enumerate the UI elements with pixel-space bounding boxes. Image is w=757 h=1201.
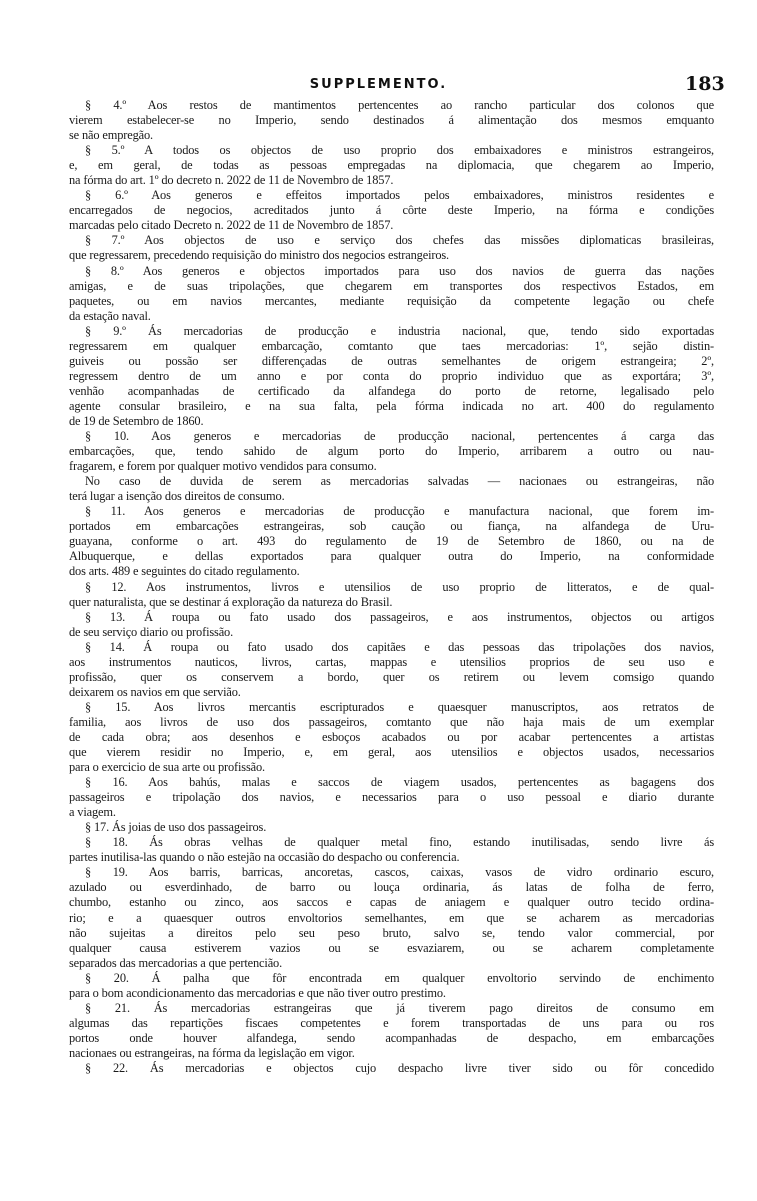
paragraph-start-line: § 9.º Ás mercadorias de producção e indu… xyxy=(69,324,714,339)
paragraph-start-line: § 19. Aos barris, barricas, ancoretas, c… xyxy=(69,865,714,880)
text-line: guiveis ou possão ser differençadas de o… xyxy=(69,354,714,369)
text-line: da estação naval. xyxy=(69,309,714,324)
document-page: SUPPLEMENTO. 183 § 4.º Aos restos de man… xyxy=(0,0,757,1201)
text-line: algumas das repartições fiscaes competen… xyxy=(69,1016,714,1031)
text-line: regressem dentro de um anno e por conta … xyxy=(69,369,714,384)
text-line: se não empregão. xyxy=(69,128,714,143)
running-title: SUPPLEMENTO. xyxy=(0,77,757,92)
text-line: e, em geral, de todas as pessoas emprega… xyxy=(69,158,714,173)
text-line: fragarem, e forem por qualquer motivo ve… xyxy=(69,459,714,474)
paragraph-start-line: § 12. Aos instrumentos, livros e utensil… xyxy=(69,580,714,595)
paragraph-start-line: § 11. Aos generos e mercadorias de produ… xyxy=(69,504,714,519)
text-line: paquetes, ou em navios mercantes, median… xyxy=(69,294,714,309)
text-line: partes inutilisa-las quando o não estejã… xyxy=(69,850,714,865)
text-line: portados em embarcações estrangeiras, so… xyxy=(69,519,714,534)
paragraph-start-line: No caso de duvida de serem as mercadoria… xyxy=(69,474,714,489)
text-line: Albuquerque, e dellas exportados para qu… xyxy=(69,549,714,564)
text-line: que vierem residir no Imperio, e, em ger… xyxy=(69,745,714,760)
text-line: nacionaes ou estrangeiras, na fórma da l… xyxy=(69,1046,714,1061)
text-line: azulado ou esverdinhado, de barro ou lou… xyxy=(69,880,714,895)
text-line: não sujeitas a direitos pelo seu peso br… xyxy=(69,926,714,941)
paragraph-start-line: § 15. Aos livros mercantis escripturados… xyxy=(69,700,714,715)
paragraph-start-line: § 4.º Aos restos de mantimentos pertence… xyxy=(69,98,714,113)
text-line: de seu serviço diario ou profissão. xyxy=(69,625,714,640)
paragraph-start-line: § 17. Ás joias de uso dos passageiros. xyxy=(69,820,714,835)
paragraph-start-line: § 6.º Aos generos e effeitos importados … xyxy=(69,188,714,203)
paragraph-start-line: § 22. Ás mercadorias e objectos cujo des… xyxy=(69,1061,714,1076)
text-line: rio; e a quaesquer outros envoltorios se… xyxy=(69,911,714,926)
text-line: separados das mercadorias a que pertenci… xyxy=(69,956,714,971)
text-line: amigas, e de suas tripolações, que chega… xyxy=(69,279,714,294)
paragraph-start-line: § 16. Aos bahús, malas e saccos de viage… xyxy=(69,775,714,790)
text-line: profissão, quer os conservem a bordo, qu… xyxy=(69,670,714,685)
text-line: de 19 de Setembro de 1860. xyxy=(69,414,714,429)
paragraph-start-line: § 21. Ás mercadorias estrangeiras que já… xyxy=(69,1001,714,1016)
text-line: na fórma do art. 1º do decreto n. 2022 d… xyxy=(69,173,714,188)
text-line: marcadas pelo citado Decreto n. 2022 de … xyxy=(69,218,714,233)
paragraph-start-line: § 7.º Aos objectos de uso e serviço dos … xyxy=(69,233,714,248)
text-line: regressarem em qualquer embarcação, comt… xyxy=(69,339,714,354)
text-line: encarregados de negocios, acreditados ju… xyxy=(69,203,714,218)
text-line: agente consular brasileiro, e na sua fal… xyxy=(69,399,714,414)
text-line: quer naturalista, que se destinar á expl… xyxy=(69,595,714,610)
text-line: a viagem. xyxy=(69,805,714,820)
paragraph-start-line: § 20. Á palha que fôr encontrada em qual… xyxy=(69,971,714,986)
text-line: aos instrumentos nauticos, livros, carta… xyxy=(69,655,714,670)
text-line: para o exercicio de sua arte ou profissã… xyxy=(69,760,714,775)
text-line: para o bom acondicionamento das mercador… xyxy=(69,986,714,1001)
text-line: familia, aos livros de uso dos passageir… xyxy=(69,715,714,730)
text-line: qualquer causa estiverem vazios ou se es… xyxy=(69,941,714,956)
text-line: que regressarem, precedendo requisição d… xyxy=(69,248,714,263)
paragraph-start-line: § 8.º Aos generos e objectos importados … xyxy=(69,264,714,279)
paragraph-start-line: § 5.º A todos os objectos de uso proprio… xyxy=(69,143,714,158)
text-line: guayana, conforme o art. 493 do regulame… xyxy=(69,534,714,549)
paragraph-start-line: § 10. Aos generos e mercadorias de produ… xyxy=(69,429,714,444)
paragraph-start-line: § 14. Á roupa ou fato usado dos capitães… xyxy=(69,640,714,655)
body-text: § 4.º Aos restos de mantimentos pertence… xyxy=(69,98,714,1076)
page-number: 183 xyxy=(685,73,725,95)
text-line: dos arts. 489 e seguintes do citado regu… xyxy=(69,564,714,579)
text-line: embarcações, que, tendo sahido de algum … xyxy=(69,444,714,459)
text-line: venhão acompanhadas de certificado da al… xyxy=(69,384,714,399)
text-line: portos onde houver alfandega, sendo acom… xyxy=(69,1031,714,1046)
paragraph-start-line: § 13. Á roupa ou fato usado dos passagei… xyxy=(69,610,714,625)
text-line: terá lugar a isenção dos direitos de con… xyxy=(69,489,714,504)
text-line: vierem estabelecer-se no Imperio, sendo … xyxy=(69,113,714,128)
text-line: de cada obra; aos desenhos e esboços aca… xyxy=(69,730,714,745)
text-line: passageiros e tripolação dos navios, e n… xyxy=(69,790,714,805)
paragraph-start-line: § 18. Ás obras velhas de qualquer metal … xyxy=(69,835,714,850)
text-line: deixarem os navios em que servião. xyxy=(69,685,714,700)
text-line: chumbo, estanho ou zinco, aos saccos e c… xyxy=(69,895,714,910)
